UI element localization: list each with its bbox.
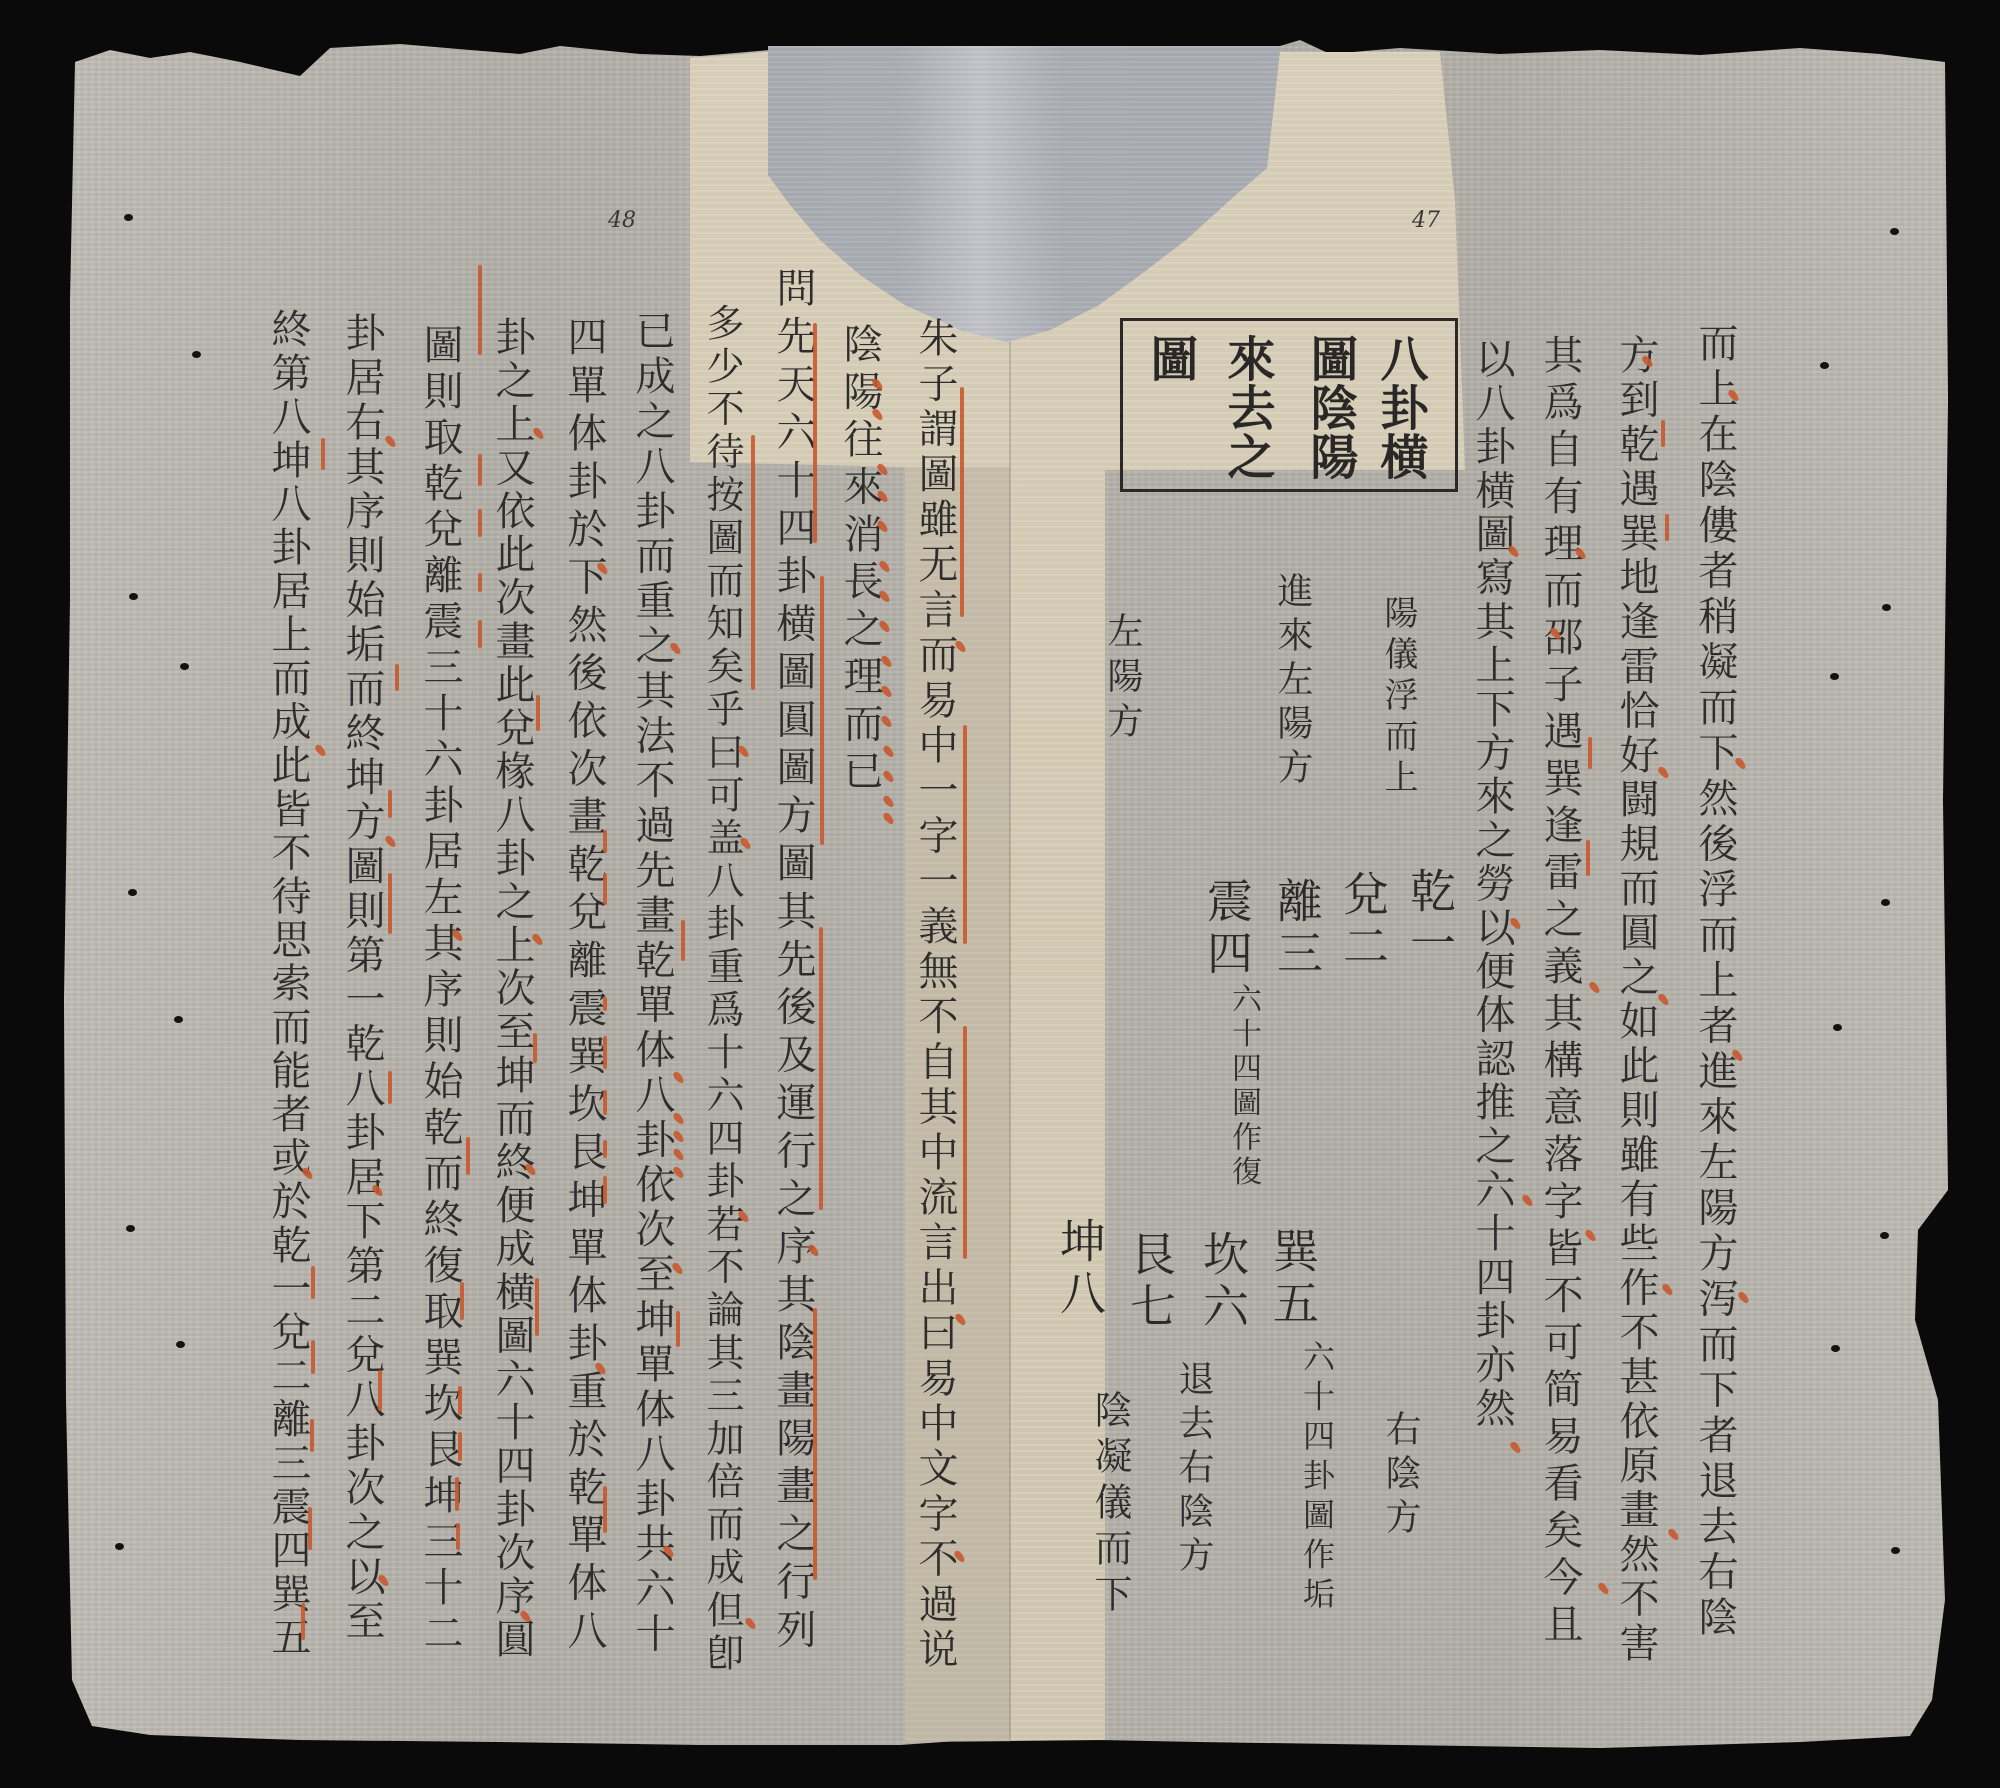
diagram-title-line: 圖 <box>1146 334 1194 383</box>
binding-hole <box>1881 899 1890 906</box>
yin-note: 六十四卦圖作垢 <box>1301 1340 1333 1617</box>
diagram-title-line: 來去之 <box>1223 334 1271 481</box>
red-name-mark <box>456 1523 460 1550</box>
red-name-mark <box>820 576 824 845</box>
yang-advance-label: 進來左陽方 <box>1274 572 1310 792</box>
red-name-mark <box>310 1419 314 1452</box>
text-column: 四單体卦於下然後依次畫乾兌離震巽坎艮坤單体卦重於乾單体八 <box>564 316 604 1657</box>
trigram-xun: 巽五 <box>1270 1227 1316 1331</box>
red-name-mark <box>460 1282 464 1320</box>
text-column: 方到乾遇巽地逢雷恰好闘規而圓之如此則雖有些作不甚依原畫然不害 <box>1616 334 1656 1666</box>
text-column: 而上在陰僂者稍凝而下然後浮而上者進來左陽方泻而下者退去右陰 <box>1695 322 1735 1642</box>
center-fold-line <box>1009 342 1011 1740</box>
red-name-mark <box>1661 420 1665 447</box>
trigram-order: 八 <box>1053 1269 1107 1321</box>
trigram-name: 坎 <box>1196 1230 1250 1282</box>
yin-retreat-label: 退去右陰方 <box>1175 1360 1211 1580</box>
binding-hole <box>174 1016 183 1023</box>
binding-hole <box>128 889 137 896</box>
trigram-order: 五 <box>1266 1279 1320 1331</box>
red-name-mark <box>1665 514 1669 541</box>
binding-hole <box>1890 228 1899 235</box>
text-column: 多少不待按圖而知矣乎曰可盖八卦重爲十六四卦若不論其三加倍而成但卽 <box>703 303 741 1676</box>
red-name-mark <box>676 1311 680 1347</box>
trigram-name: 乾 <box>1403 867 1457 919</box>
text-column: 圖則取乾兌離震三十六卦居左其序則始乾而終復取巽坎艮坤三十二 <box>420 324 460 1658</box>
diagram-title-line: 圖陰陽 <box>1306 334 1354 481</box>
text-column: 已成之八卦而重之其法不過先畫乾單体八卦依次至坤單体八卦共六十 <box>632 310 672 1657</box>
red-name-mark <box>301 1603 305 1640</box>
red-name-mark <box>603 830 607 853</box>
red-name-mark <box>603 1090 607 1115</box>
trigram-order: 三 <box>1270 929 1324 981</box>
red-name-mark <box>535 1278 539 1336</box>
text-column: 陰陽往來消長之理而已 <box>840 323 880 797</box>
red-name-mark <box>603 873 607 905</box>
red-name-mark <box>378 1370 382 1411</box>
trigram-li: 離三 <box>1274 877 1320 981</box>
text-column: 其爲自有理而邵子遇巽逢雷之義其構意落字皆不可简易看矣今且 <box>1540 334 1580 1650</box>
text-column: 朱子謂圖雖无言而易中一字一義無不自其中流言出曰易中文字不過说 <box>915 317 955 1673</box>
yang-rising-label: 陽儀浮而上 <box>1381 595 1415 800</box>
red-name-mark <box>478 509 482 537</box>
trigram-name: 離 <box>1270 877 1324 929</box>
trigram-gen: 艮七 <box>1127 1230 1173 1334</box>
red-name-mark <box>533 1033 537 1063</box>
page-number-left: 48 <box>608 208 636 233</box>
yin-side-label: 右陰方 <box>1382 1410 1418 1542</box>
red-name-mark <box>308 1507 312 1550</box>
red-name-mark <box>536 695 540 731</box>
trigram-order: 二 <box>1336 922 1390 974</box>
red-name-mark <box>458 1432 462 1461</box>
binding-hole <box>129 593 138 600</box>
trigram-order: 七 <box>1123 1282 1177 1334</box>
trigram-name: 震 <box>1200 877 1254 929</box>
binding-hole <box>180 663 189 670</box>
trigram-order: 六 <box>1196 1282 1250 1334</box>
red-name-mark <box>395 664 399 691</box>
text-column: 終第八坤八卦居上而成此皆不待思索而能者或於乾一兌二離三震四巽五 <box>268 308 308 1660</box>
red-name-mark <box>603 1176 607 1204</box>
red-name-mark <box>388 790 392 818</box>
red-name-mark <box>813 323 817 543</box>
text-column: 問先天六十四卦横圖圓圖方圖其先後及運行之序其陰畫陽畫之行列 <box>773 267 813 1656</box>
text-column: 卦居右其序則始垢而終坤方圖則第一乾八卦居下第二兌八卦次之以至 <box>342 312 382 1644</box>
yin-descending-label: 陰凝儀而下 <box>1091 1390 1129 1620</box>
trigram-name: 兌 <box>1336 870 1390 922</box>
page-number-right: 47 <box>1412 208 1440 233</box>
red-name-mark <box>478 573 482 592</box>
red-name-mark <box>311 1266 315 1299</box>
binding-hole <box>1880 1232 1889 1239</box>
binding-hole <box>192 351 201 358</box>
red-name-mark <box>388 1071 392 1104</box>
red-name-mark <box>478 454 482 486</box>
trigram-qian: 乾一 <box>1407 867 1453 971</box>
red-name-mark <box>321 438 325 470</box>
red-name-mark <box>1586 840 1590 876</box>
binding-hole <box>1831 1345 1840 1352</box>
red-name-mark <box>819 927 823 1210</box>
trigram-name: 巽 <box>1266 1227 1320 1279</box>
text-column: 卦之上又依此次畫此兌椽八卦之上次至坤而終便成横圖六十四卦次序圓 <box>492 316 532 1661</box>
red-name-mark <box>963 725 967 944</box>
red-name-mark <box>458 1386 462 1415</box>
red-name-mark <box>388 873 392 934</box>
red-name-mark <box>813 1308 817 1580</box>
red-name-mark <box>603 1140 607 1158</box>
yang-side-label: 左陽方 <box>1104 612 1140 747</box>
yang-note: 六十四圖作復 <box>1228 983 1258 1190</box>
red-name-mark <box>603 1486 607 1533</box>
trigram-zhen: 震四 <box>1204 877 1250 981</box>
binding-hole <box>176 1341 185 1348</box>
red-name-mark <box>455 1477 459 1511</box>
binding-hole <box>124 214 133 221</box>
red-name-mark <box>751 435 755 690</box>
binding-hole <box>1882 604 1891 611</box>
red-name-mark <box>960 387 964 617</box>
text-column: 以八卦横圖寫其上下方來之勞以便体認推之六十四卦亦然 <box>1472 338 1512 1431</box>
red-name-mark <box>963 1026 967 1259</box>
trigram-name: 艮 <box>1123 1230 1177 1282</box>
red-name-mark <box>466 1137 470 1175</box>
red-name-mark <box>478 620 482 648</box>
red-name-mark <box>1588 737 1592 769</box>
red-name-mark <box>603 997 607 1011</box>
red-name-mark <box>681 920 685 961</box>
binding-hole <box>126 1225 135 1232</box>
trigram-dui: 兌二 <box>1340 870 1386 974</box>
binding-hole <box>1833 1024 1842 1031</box>
binding-hole <box>1830 673 1839 680</box>
diagram-title-line: 八卦横 <box>1376 334 1424 481</box>
binding-hole <box>1891 1547 1900 1554</box>
trigram-order: 四 <box>1200 929 1254 981</box>
trigram-kun: 坤八 <box>1057 1217 1103 1321</box>
trigram-name: 坤 <box>1053 1217 1107 1269</box>
binding-hole <box>1820 362 1829 369</box>
trigram-kan: 坎六 <box>1200 1230 1246 1334</box>
trigram-order: 一 <box>1403 919 1457 971</box>
red-name-mark <box>478 265 482 355</box>
red-name-mark <box>311 1340 315 1374</box>
binding-hole <box>115 1543 124 1550</box>
red-name-mark <box>603 1036 607 1069</box>
